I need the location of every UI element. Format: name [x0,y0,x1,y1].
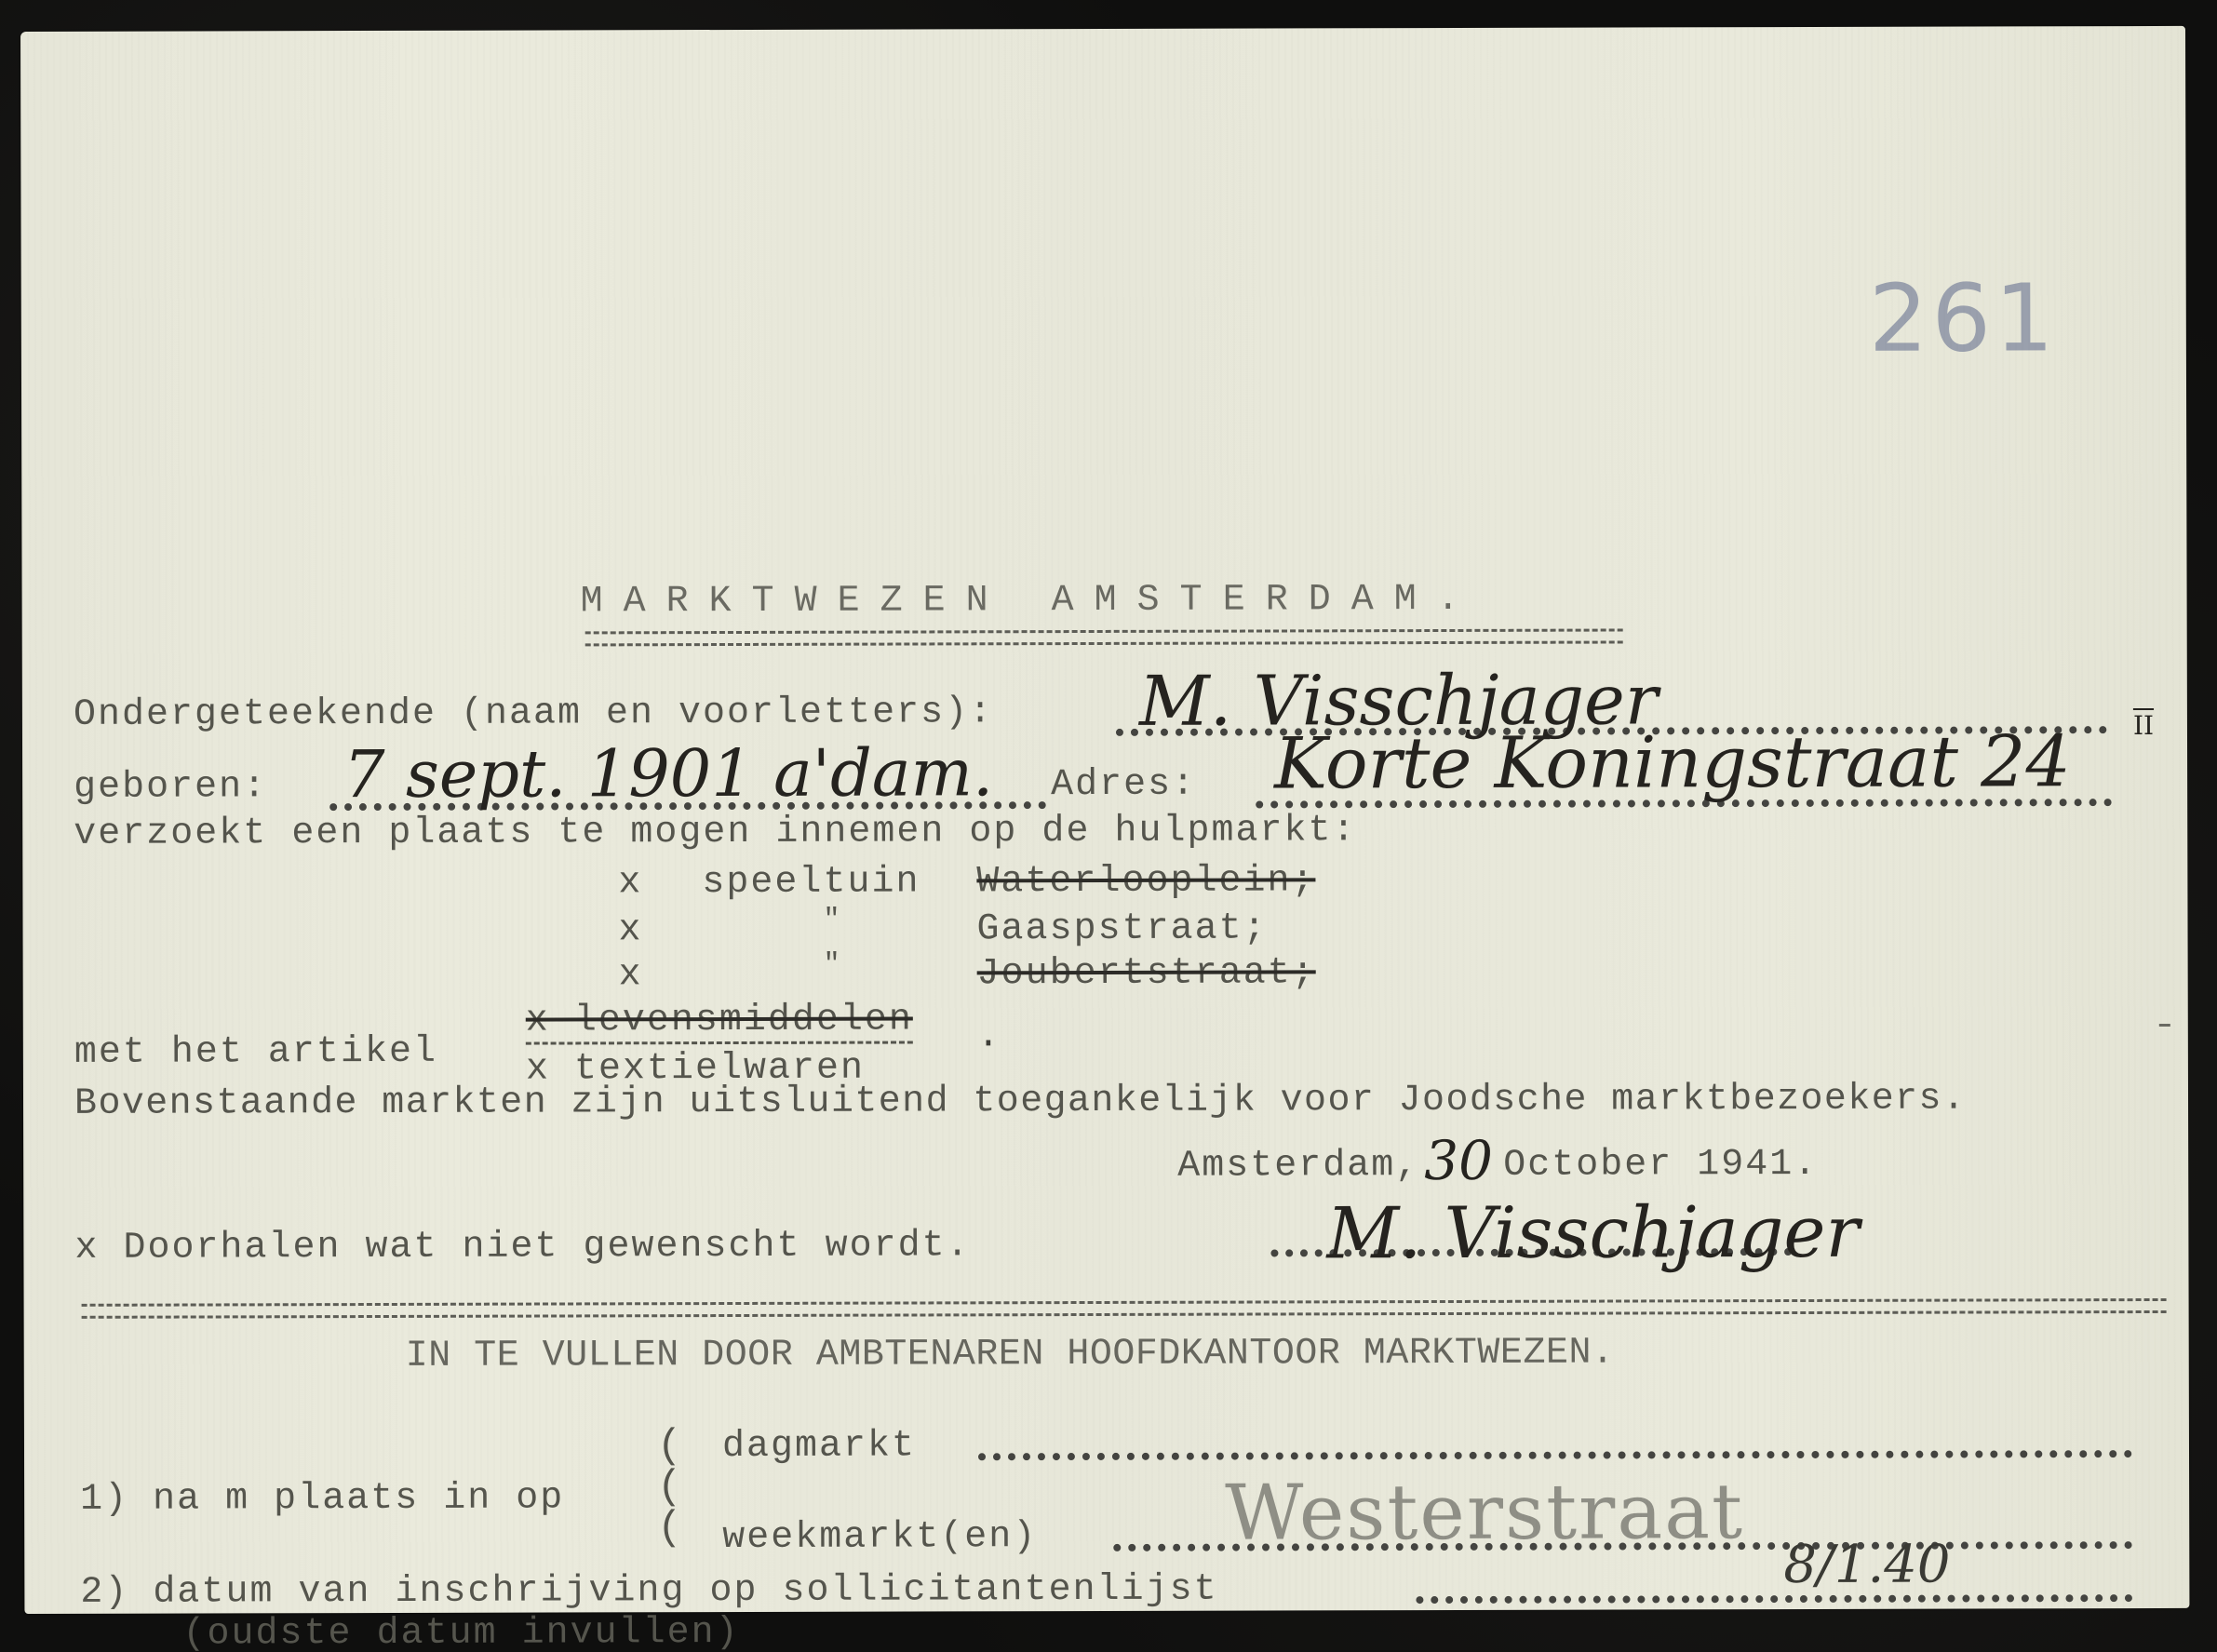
market-option-mark: x [619,954,643,996]
place-month-year: October 1941. [1503,1144,1818,1187]
item2-dotted-line [1416,1594,2132,1604]
heading-double-underline [585,628,1623,646]
dagmarkt-dotted-line [978,1450,2132,1460]
market-option-name: Gaaspstraat; [976,907,1267,950]
request-line: verzoekt een plaats te mogen innemen op … [74,810,1356,855]
office-section-title: IN TE VULLEN DOOR AMBTENAREN HOOFDKANTOO… [406,1333,1615,1377]
signature-handwritten[interactable]: M. Visschjager [1326,1190,1860,1274]
item1-value-handwritten[interactable]: Westerstraat [1225,1468,1744,1557]
item2-label: 2) datum van inschrijving op sollicitant… [80,1569,1217,1614]
market-option-prefix: speeltuin [702,861,920,904]
article-end-period: . [977,1015,1001,1057]
address-floor-suffix: II [2133,710,2154,741]
undersigned-label: Ondergeteekende (naam en voorletters): [74,692,993,736]
place-city: Amsterdam, [1177,1145,1419,1188]
market-option-mark: x [618,909,642,951]
form-heading: MARKTWEZEN AMSTERDAM. [581,579,1480,624]
item1-brace: ((( [657,1426,682,1549]
item1-label: 1) na m plaats in op [80,1477,564,1520]
archive-number: 261 [1869,263,2058,373]
notice-text: Bovenstaande markten zijn uitsluitend to… [74,1079,1966,1125]
item1-option-dagmarkt: dagmarkt [722,1425,916,1468]
margin-dash [2159,1024,2170,1027]
item2-value-handwritten[interactable]: 8/1.40 [1783,1535,1950,1595]
item2-note: (oudste datum invullen) [182,1612,739,1652]
market-option-mark: x [618,862,642,904]
strike-instruction-footnote: x Doorhalen wat niet gewenscht wordt. [74,1225,970,1269]
article-option-food[interactable]: x levensmiddelen [526,999,913,1044]
form-sheet: 261 MARKTWEZEN AMSTERDAM. Ondergeteekend… [20,26,2189,1614]
address-label: Adres: [1051,764,1196,806]
born-value-handwritten[interactable]: 7 sept. 1901 a'dam. [343,734,993,813]
market-option-name: Joubertstraat; [977,952,1316,995]
section-divider [82,1298,2167,1319]
item1-option-weekmarkt: weekmarkt(en) [722,1516,1037,1559]
market-option-prefix: " [824,949,842,981]
market-option-prefix: " [823,905,841,936]
article-label: met het artikel [74,1031,437,1074]
born-label: geboren: [74,766,267,809]
market-option-name: Waterlooplein; [976,860,1315,903]
address-value-handwritten[interactable]: Korte Koningstraat 24 [1274,719,2071,804]
date-day-handwritten[interactable]: 30 [1424,1129,1493,1192]
